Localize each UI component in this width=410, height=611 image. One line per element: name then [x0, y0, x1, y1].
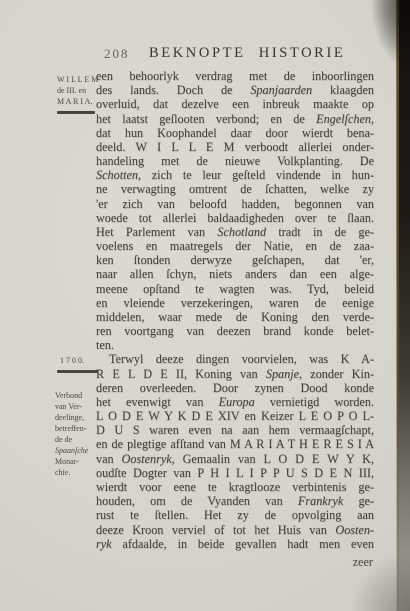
text-line: des lands. Doch de Spanjaarden klaagden: [96, 83, 374, 97]
text-line: Het Parlement van Schotland tradt in de …: [96, 225, 374, 239]
text-line: deeld. W I L L E M verboodt allerlei ond…: [96, 140, 374, 154]
margin-note-willem-maria: W I L L E Mde III. enM A R I A.: [57, 74, 97, 114]
margin-note-line: W I L L E M: [57, 74, 97, 85]
text-line: ken ſtonden derwyze geſchapen, dat 'er,: [96, 253, 374, 267]
text-line: deren overleeden. Door zynen Dood konde: [96, 381, 374, 395]
text-line: van Oostenryk, Gemaalin van L O D E W Y …: [96, 452, 374, 466]
margin-note-line: betreffen-: [55, 423, 95, 434]
text-line: het laatst geſlooten verbond; en de Enge…: [96, 112, 374, 126]
text-line: voelens en maatregels der Natie, en de z…: [96, 239, 374, 253]
margin-note-year-1700: 1 7 0 0.: [60, 355, 100, 373]
margin-note-rule: [57, 111, 95, 114]
body-text: een behoorlyk verdrag met de inboorlinge…: [96, 69, 374, 551]
text-line: ne verwagting omtrent de ſchatten, welke…: [96, 182, 374, 196]
text-line: L O D E W Y K D E XIV en Keizer L E O P …: [96, 409, 374, 423]
text-line: oudſte Dogter van P H I L I P P U S D E …: [96, 466, 374, 480]
text-line: Schotten, zich te leur geſteld vindende …: [96, 168, 374, 182]
margin-note-line: Monar-: [55, 456, 95, 467]
margin-note-line: de III. en: [57, 85, 97, 96]
running-title: BEKNOPTE HISTORIE: [149, 45, 345, 62]
text-line: het evenwigt van Europa vernietigd worde…: [96, 395, 374, 409]
text-line: 'er zich van beloofd hadden, begonnen va…: [96, 197, 374, 211]
text-line: Terwyl deeze dingen voorvielen, was K A-: [96, 352, 374, 366]
margin-note-line: Verbond: [55, 390, 95, 401]
text-line: middelen, waar mede de Koning den verde-: [96, 310, 374, 324]
text-line: D U S waren even na aan hem vermaagſchap…: [96, 423, 374, 437]
text-line: ryk afdaalde, in beide gevallen hadt men…: [96, 537, 374, 551]
text-line: handeling met de nieuwe Volkplanting. De: [96, 154, 374, 168]
text-line: houden, om de Vyanden van Frankryk ge-: [96, 494, 374, 508]
margin-note-line: Spaanſche: [55, 445, 95, 456]
text-line: ren voortgang van deezen brand konde bel…: [96, 324, 374, 338]
text-line: naar allen ſchyn, niets anders dan een a…: [96, 267, 374, 281]
text-line: deeze Kroon verviel of tot het Huis van …: [96, 523, 374, 537]
margin-note-line: M A R I A.: [57, 96, 97, 107]
margin-note-line: de de: [55, 434, 95, 445]
text-line: dat hun Koophandel daar door wierdt bena…: [96, 126, 374, 140]
margin-note-line: van Ver-: [55, 401, 95, 412]
text-line: wierdt voor eene te kragtlooze verbinten…: [96, 480, 374, 494]
margin-note-line: chie.: [55, 467, 95, 478]
text-line: woede tot allerlei baldaadigheden over t…: [96, 211, 374, 225]
text-line: een behoorlyk verdrag met de inboorlinge…: [96, 69, 374, 83]
book-page-photo: 208 BEKNOPTE HISTORIE W I L L E Mde III.…: [0, 0, 410, 611]
text-line: en vleiende verzekeringen, waren de eeni…: [96, 296, 374, 310]
margin-note-line: 1 7 0 0.: [60, 355, 100, 366]
text-line: meene opſtand te wagten was. Tyd, beleid: [96, 282, 374, 296]
page-header: 208 BEKNOPTE HISTORIE: [0, 0, 410, 70]
page-number: 208: [104, 46, 130, 62]
text-line: en de plegtige afſtand van M A R I A T H…: [96, 437, 374, 451]
text-line: rust te ſtellen. Het zy de opvolging aan: [96, 508, 374, 522]
margin-note-rule: [57, 370, 98, 373]
text-line: R E L D E II, Koning van Spanje, zonder …: [96, 367, 374, 381]
text-line: ten.: [96, 338, 374, 352]
margin-note-verbond: Verbondvan Ver-deelinge,betreffen-de deS…: [55, 390, 95, 478]
text-line: overluid, dat dezelve een inbreuk maakte…: [96, 97, 374, 111]
page-edge-line: [396, 0, 399, 611]
margin-note-line: deelinge,: [55, 412, 95, 423]
catchword: zeer: [353, 555, 373, 570]
